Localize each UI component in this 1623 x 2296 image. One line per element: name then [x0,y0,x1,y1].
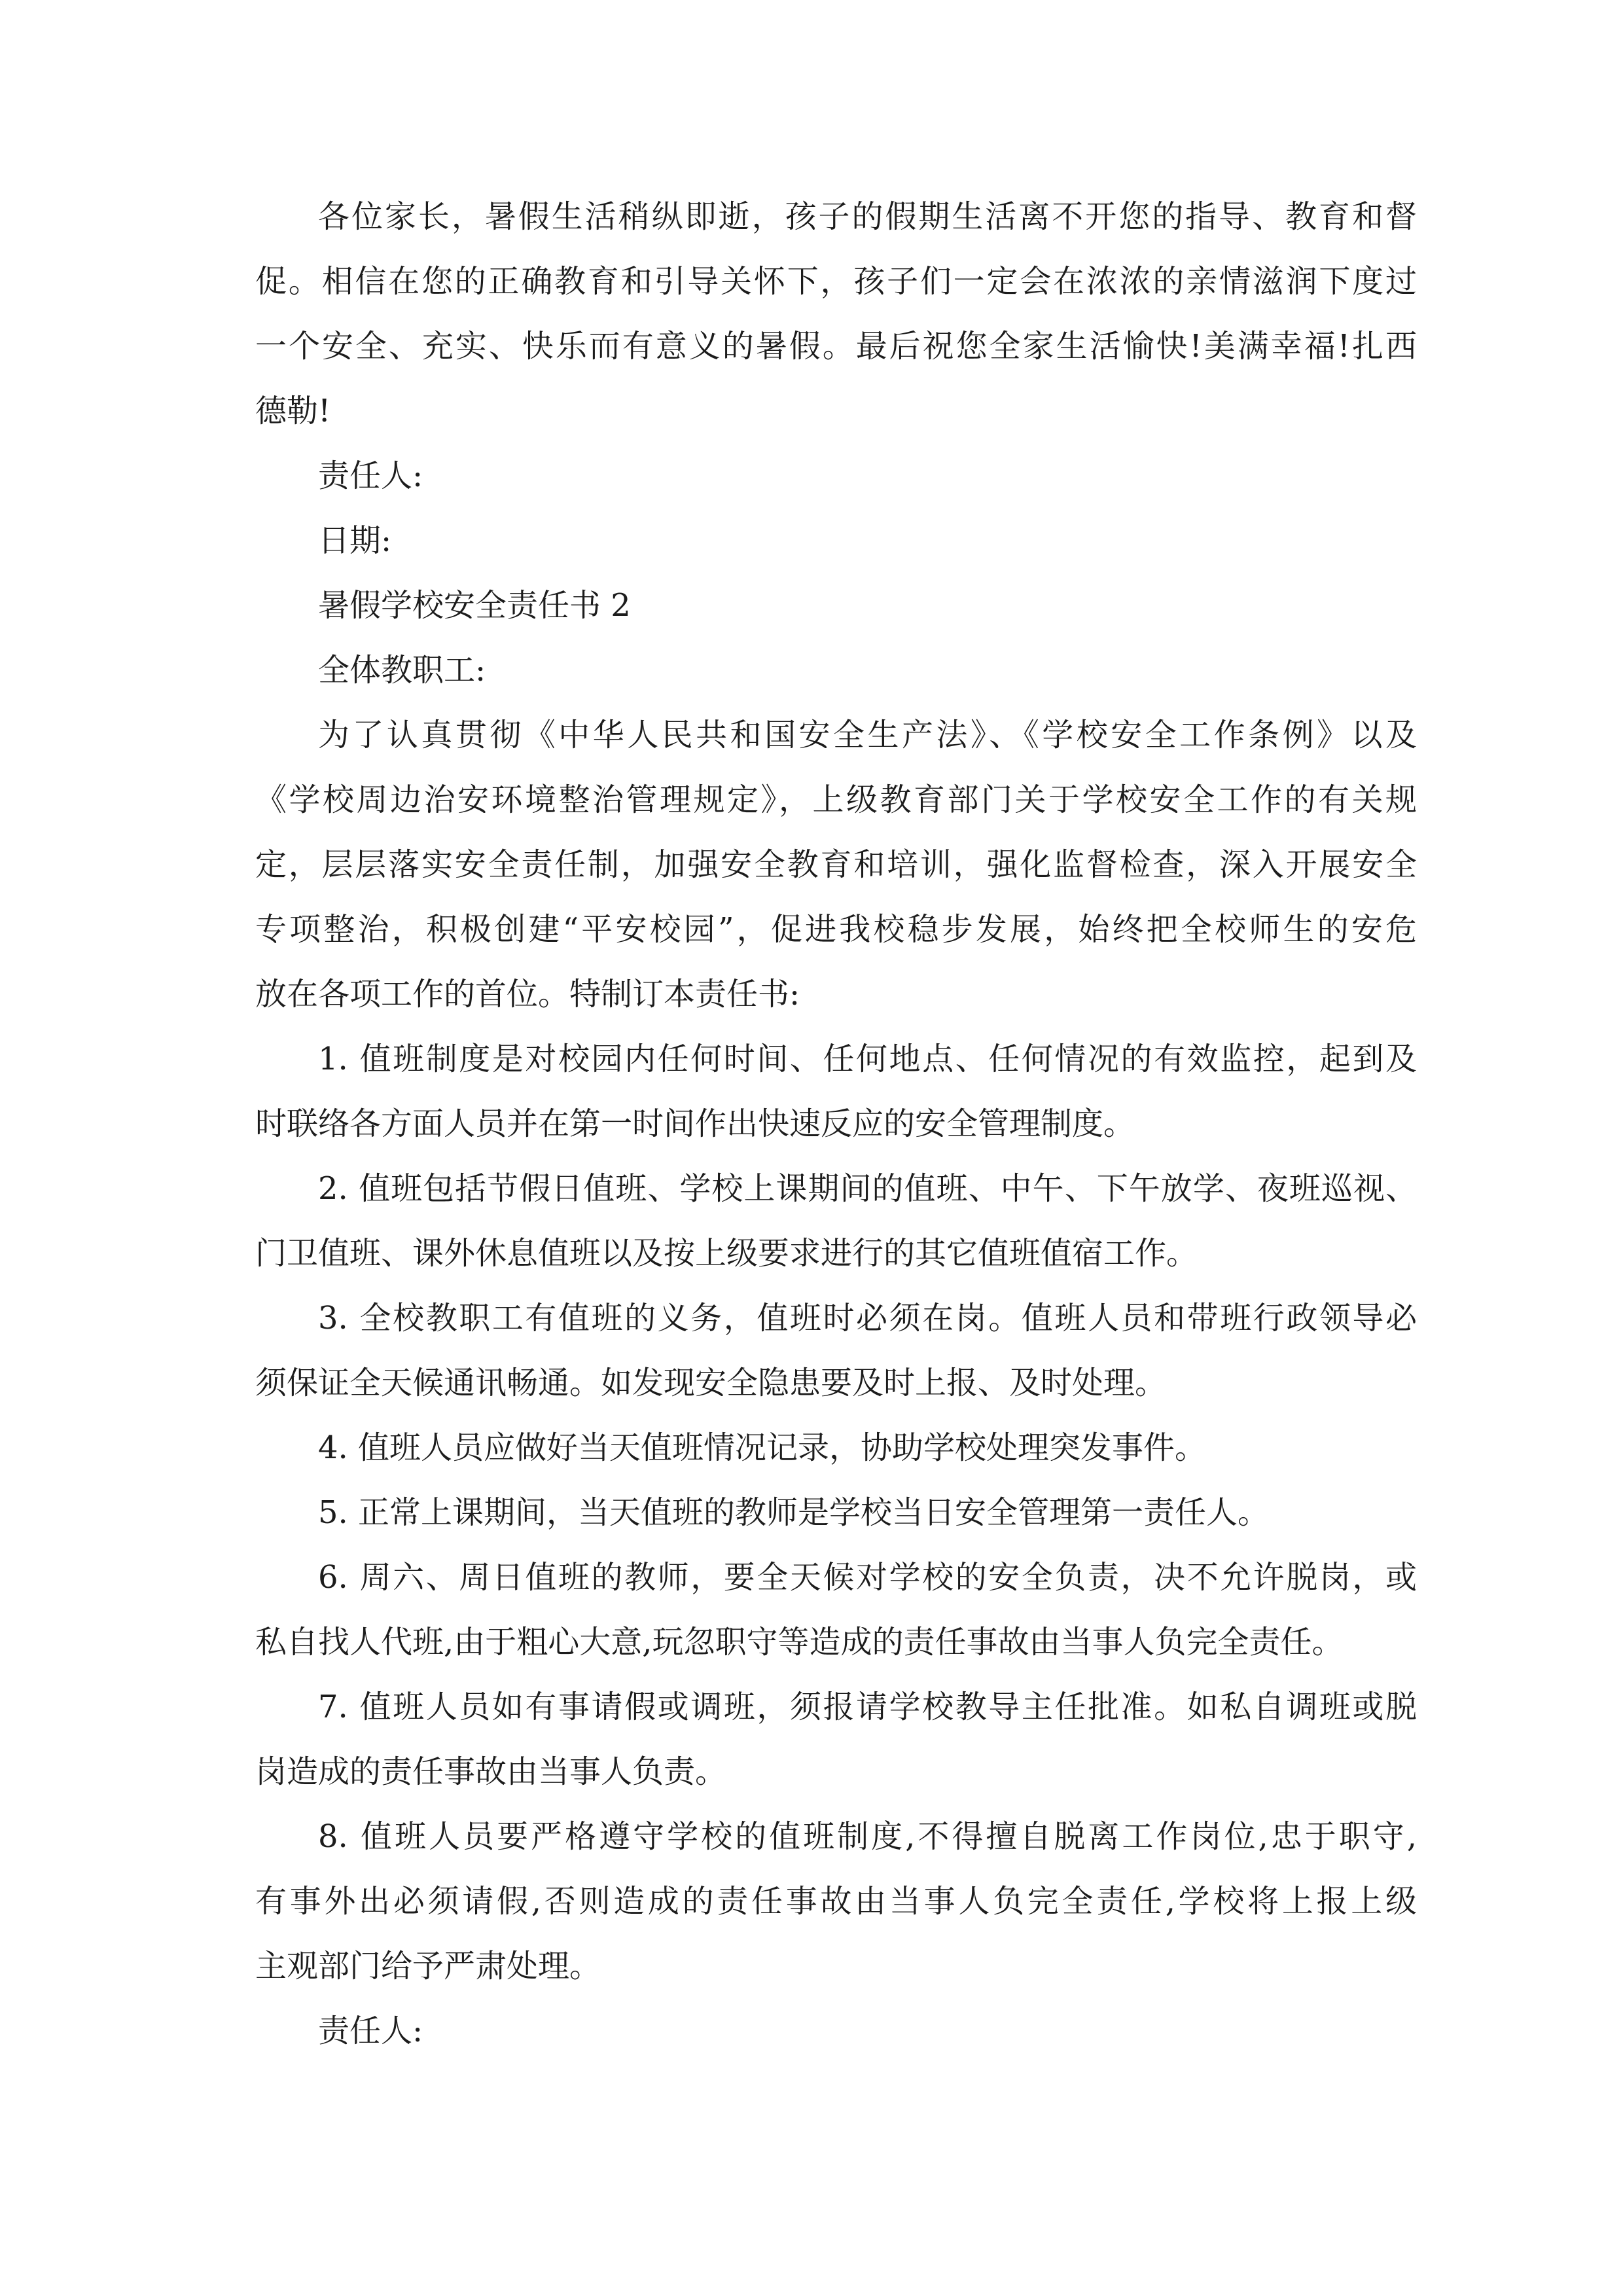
text-line: 责任人: [255,1999,1417,2064]
paragraph: 6. 周六、周日值班的教师，要全天候对学校的安全负责，决不允许脱岗，或私自找人代… [255,1545,1417,1675]
text-line: 放在各项工作的首位。特制订本责任书: [255,962,1417,1027]
text-line: 3. 全校教职工有值班的义务，值班时必须在岗。值班人员和带班行政领导必 [255,1286,1417,1351]
paragraph: 7. 值班人员如有事请假或调班，须报请学校教导主任批准。如私自调班或脱岗造成的责… [255,1675,1417,1804]
paragraph: 各位家长，暑假生活稍纵即逝，孩子的假期生活离不开您的指导、教育和督促。相信在您的… [255,185,1417,444]
text-line: 2. 值班包括节假日值班、学校上课期间的值班、中午、下午放学、夜班巡视、 [255,1157,1417,1221]
text-line: 岗造成的责任事故由当事人负责。 [255,1740,1417,1804]
paragraph: 责任人: [255,1999,1417,2064]
text-line: 主观部门给予严肃处理。 [255,1934,1417,1999]
paragraph: 1. 值班制度是对校园内任何时间、任何地点、任何情况的有效监控，起到及时联络各方… [255,1027,1417,1157]
paragraph: 暑假学校安全责任书 2 [255,573,1417,638]
text-line: 一个安全、充实、快乐而有意义的暑假。最后祝您全家生活愉快!美满幸福!扎西 [255,314,1417,379]
text-line: 有事外出必须请假,否则造成的责任事故由当事人负完全责任,学校将上报上级 [255,1869,1417,1934]
text-line: 8. 值班人员要严格遵守学校的值班制度,不得擅自脱离工作岗位,忠于职守, [255,1804,1417,1869]
text-line: 德勒! [255,379,1417,444]
text-line: 各位家长，暑假生活稍纵即逝，孩子的假期生活离不开您的指导、教育和督 [255,185,1417,249]
text-line: 为了认真贯彻《中华人民共和国安全生产法》、《学校安全工作条例》以及 [255,703,1417,768]
text-line: 4. 值班人员应做好当天值班情况记录，协助学校处理突发事件。 [255,1416,1417,1480]
paragraph: 日期: [255,509,1417,573]
paragraph: 4. 值班人员应做好当天值班情况记录，协助学校处理突发事件。 [255,1416,1417,1480]
text-line: 定，层层落实安全责任制，加强安全教育和培训，强化监督检查，深入开展安全 [255,833,1417,897]
paragraph: 8. 值班人员要严格遵守学校的值班制度,不得擅自脱离工作岗位,忠于职守,有事外出… [255,1804,1417,1999]
paragraph: 为了认真贯彻《中华人民共和国安全生产法》、《学校安全工作条例》以及《学校周边治安… [255,703,1417,1027]
text-line: 7. 值班人员如有事请假或调班，须报请学校教导主任批准。如私自调班或脱 [255,1675,1417,1740]
text-line: 《学校周边治安环境整治管理规定》，上级教育部门关于学校安全工作的有关规 [255,768,1417,833]
text-line: 暑假学校安全责任书 2 [255,573,1417,638]
text-line: 5. 正常上课期间，当天值班的教师是学校当日安全管理第一责任人。 [255,1480,1417,1545]
document-page: 各位家长，暑假生活稍纵即逝，孩子的假期生活离不开您的指导、教育和督促。相信在您的… [0,0,1623,2296]
text-line: 全体教职工: [255,638,1417,703]
text-line: 专项整治，积极创建“平安校园”，促进我校稳步发展，始终把全校师生的安危 [255,897,1417,962]
paragraph: 2. 值班包括节假日值班、学校上课期间的值班、中午、下午放学、夜班巡视、门卫值班… [255,1157,1417,1286]
text-line: 时联络各方面人员并在第一时间作出快速反应的安全管理制度。 [255,1092,1417,1157]
text-line: 日期: [255,509,1417,573]
document-body: 各位家长，暑假生活稍纵即逝，孩子的假期生活离不开您的指导、教育和督促。相信在您的… [255,185,1417,2064]
text-line: 责任人: [255,444,1417,509]
paragraph: 全体教职工: [255,638,1417,703]
text-line: 私自找人代班,由于粗心大意,玩忽职守等造成的责任事故由当事人负完全责任。 [255,1610,1417,1675]
text-line: 促。相信在您的正确教育和引导关怀下，孩子们一定会在浓浓的亲情滋润下度过 [255,249,1417,314]
paragraph: 5. 正常上课期间，当天值班的教师是学校当日安全管理第一责任人。 [255,1480,1417,1545]
text-line: 须保证全天候通讯畅通。如发现安全隐患要及时上报、及时处理。 [255,1351,1417,1416]
paragraph: 责任人: [255,444,1417,509]
text-line: 1. 值班制度是对校园内任何时间、任何地点、任何情况的有效监控，起到及 [255,1027,1417,1092]
paragraph: 3. 全校教职工有值班的义务，值班时必须在岗。值班人员和带班行政领导必须保证全天… [255,1286,1417,1416]
text-line: 6. 周六、周日值班的教师，要全天候对学校的安全负责，决不允许脱岗，或 [255,1545,1417,1610]
text-line: 门卫值班、课外休息值班以及按上级要求进行的其它值班值宿工作。 [255,1221,1417,1286]
